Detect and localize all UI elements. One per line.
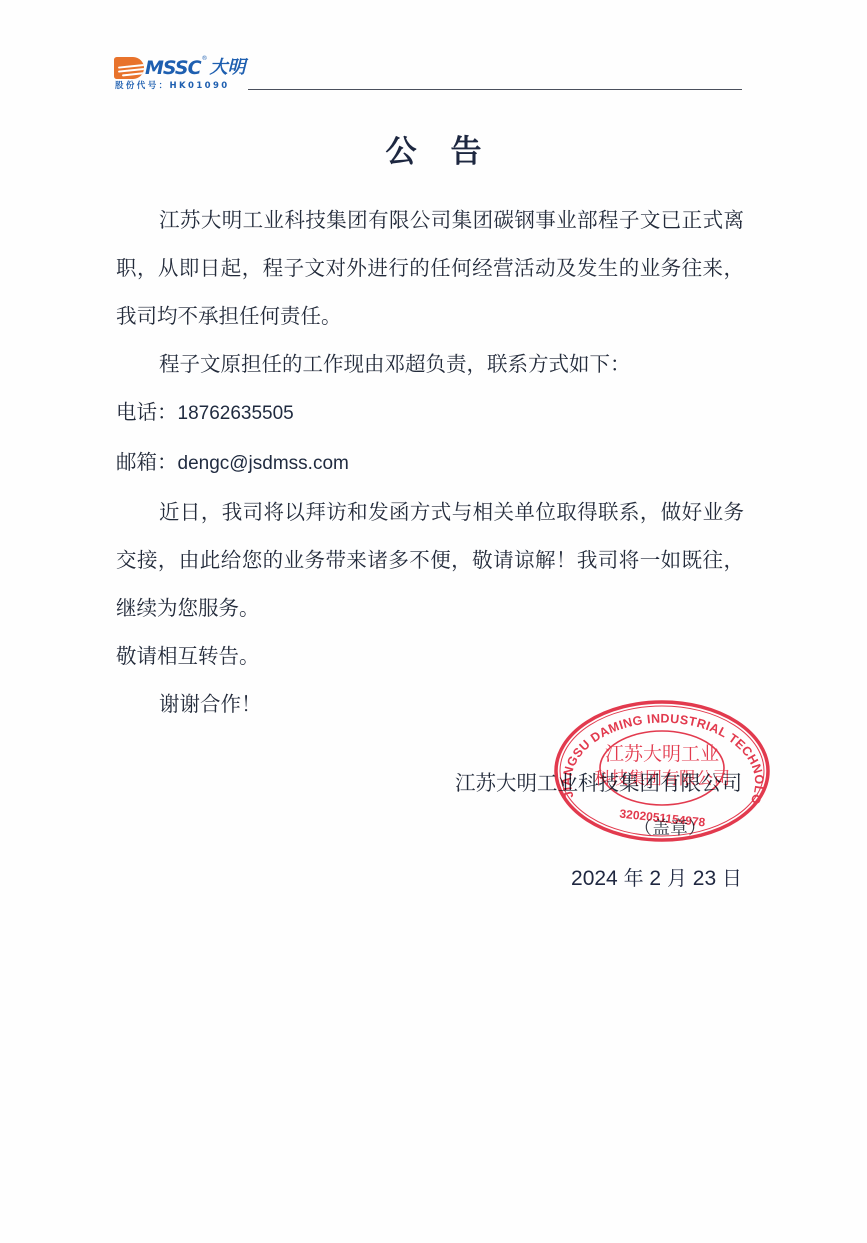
stock-code: 股份代号：HK01090 [115,79,230,91]
paragraph-notice: 近日，我司将以拜访和发函方式与相关单位取得联系，做好业务交接，由此给您的业务带来… [116,488,744,632]
registered-mark-icon: ® [202,55,208,62]
document-title: 公告 [0,126,867,171]
paragraph-forward: 敬请相互转告。 [116,632,744,680]
date-year-unit: 年 [624,866,644,890]
date-year: 2024 [571,867,618,890]
email-label: 邮箱： [116,450,178,474]
date-month-unit: 月 [667,866,687,890]
logo-mark: MSSC ® 大明 [114,55,246,79]
phone-label: 电话： [116,400,178,424]
document-page: MSSC ® 大明 股份代号：HK01090 公告 江苏大明工业科技集团有限公司… [0,0,867,1243]
logo-brand-cn: 大明 [210,57,246,79]
paragraph-handover: 程子文原担任的工作现由邓超负责，联系方式如下： [116,340,744,388]
logo-brand-latin: MSSC [145,57,201,79]
phone-value: 18762635505 [178,403,294,424]
seal-inner-line1: 江苏大明工业 [605,743,719,765]
date-day-unit: 日 [722,866,742,890]
logo-d-emblem-icon [114,57,144,79]
seal-inner-line2: 科技集团有限公司 [594,769,730,789]
paragraph-resignation: 江苏大明工业科技集团有限公司集团碳钢事业部程子文已正式离职，从即日起，程子文对外… [116,196,744,340]
contact-phone: 电话：18762635505 [116,388,744,438]
company-seal-icon: JIANGSU DAMING INDUSTRIAL TECHNOLOGY GRO… [552,698,772,844]
contact-email: 邮箱：dengc@jsdmss.com [116,438,744,488]
document-body: 江苏大明工业科技集团有限公司集团碳钢事业部程子文已正式离职，从即日起，程子文对外… [116,196,744,728]
header-divider [248,89,742,90]
document-date: 2024 年 2 月 23 日 [571,862,742,891]
email-value: dengc@jsdmss.com [178,453,349,474]
date-day: 23 [693,867,716,890]
date-month: 2 [649,867,661,890]
company-logo: MSSC ® 大明 股份代号：HK01090 [114,55,254,91]
seal-registration-number: 3202051154978 [619,807,706,830]
